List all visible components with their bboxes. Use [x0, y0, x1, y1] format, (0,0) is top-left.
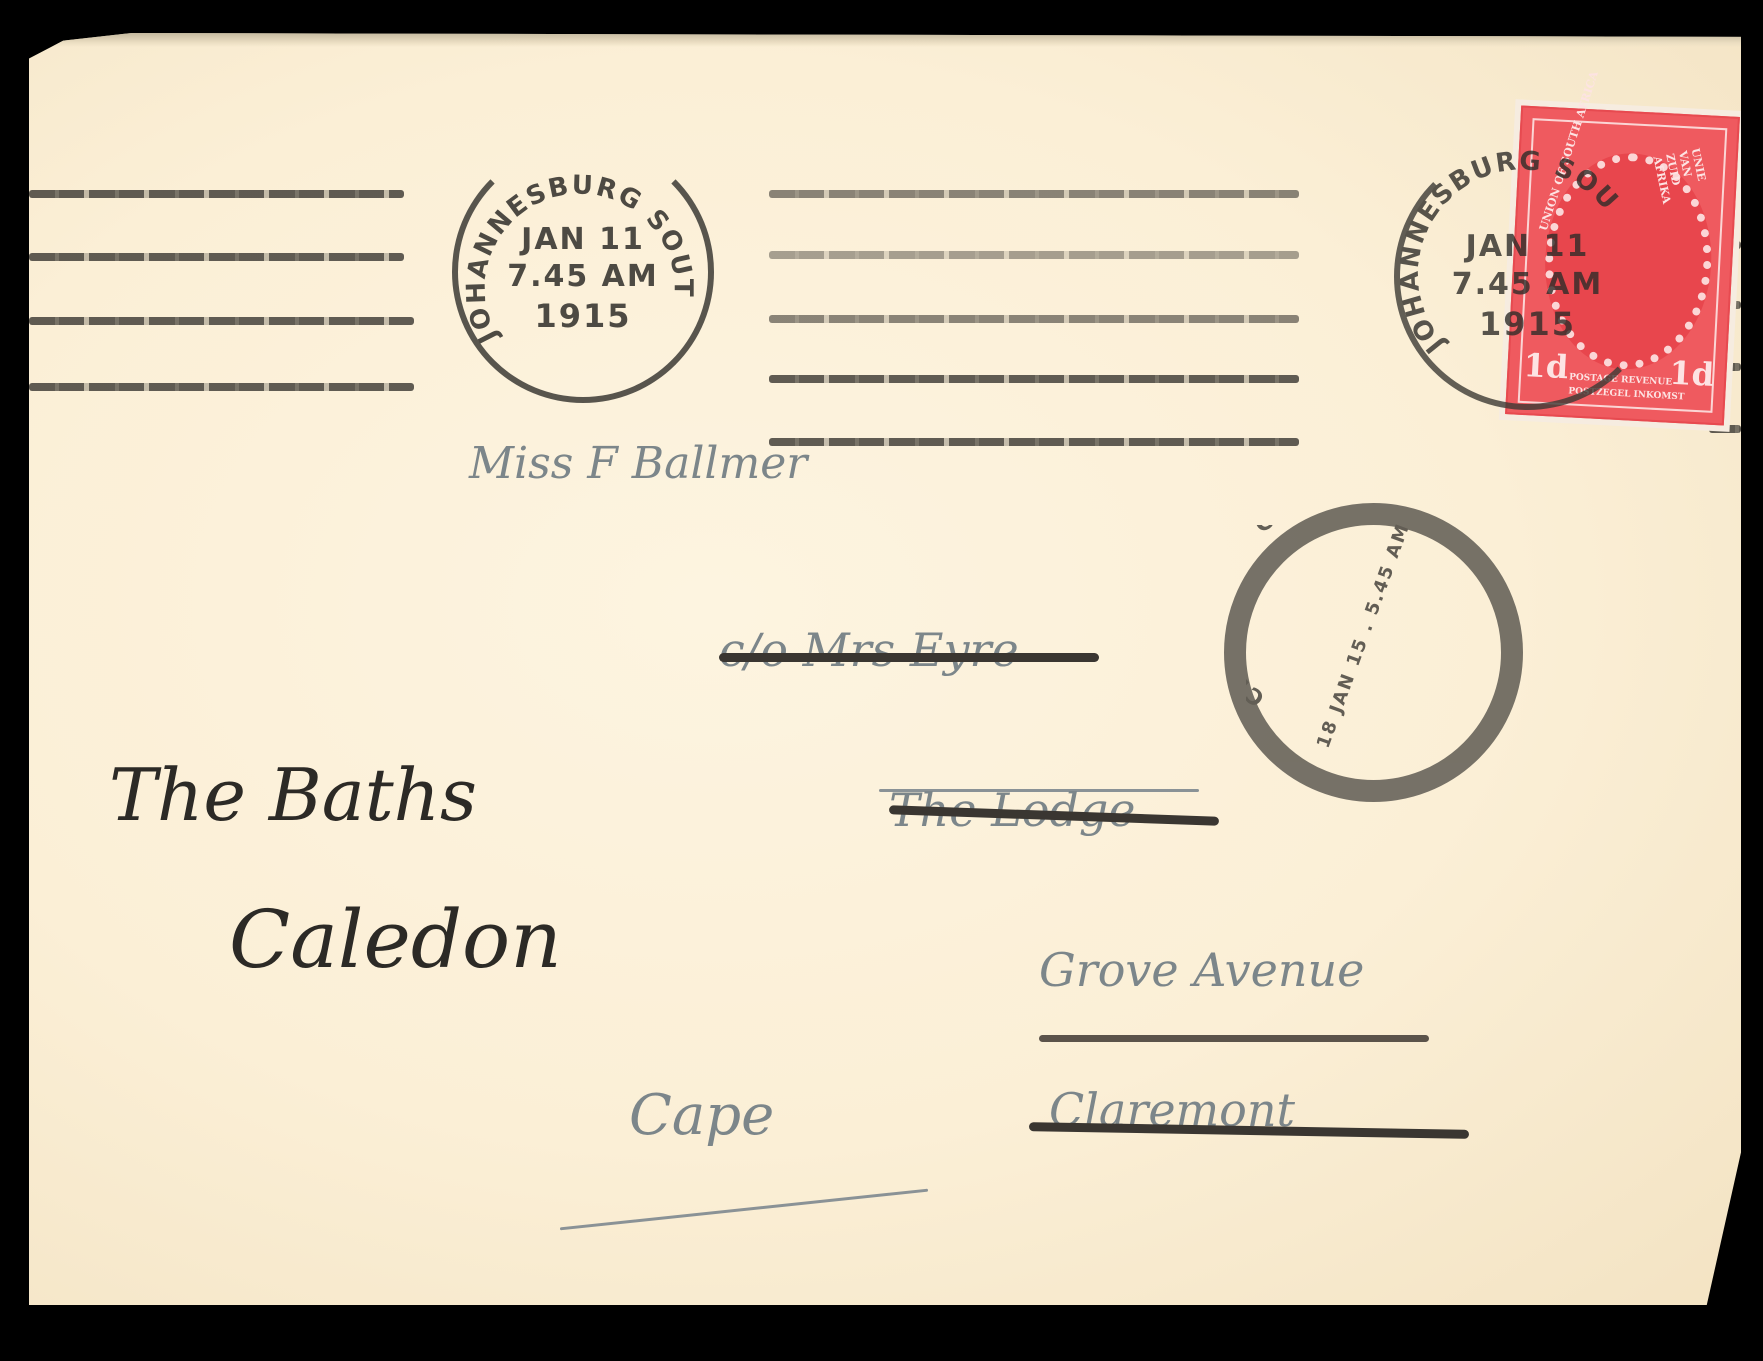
postmark-date: JAN 11	[458, 222, 708, 257]
postmark-year: 1915	[458, 297, 708, 335]
cancel-line	[769, 375, 1299, 383]
postmark-time: 7.45 AM	[458, 259, 708, 294]
postmark-year: 1915	[1400, 305, 1655, 343]
postmark-ring-text: CLAREMONT CAPE	[1246, 525, 1457, 736]
cancel-line	[29, 317, 414, 325]
original-address-line-3: Grove Avenue	[1039, 943, 1364, 997]
cancel-line	[29, 253, 404, 261]
strikethrough	[1039, 1035, 1429, 1042]
cancel-line	[769, 315, 1299, 323]
forwarded-address-line-3: Cape	[629, 1083, 774, 1148]
forwarded-address-line-1: The Baths	[109, 753, 477, 837]
postmark-date: JAN 11	[1400, 229, 1655, 264]
stamp-value-right: 1d	[1668, 354, 1715, 394]
forwarded-address-line-2: Caledon	[229, 893, 562, 986]
cancel-line	[1709, 425, 1741, 433]
original-address-line-1: c/o Mrs Eyre	[719, 623, 1019, 677]
cancel-line	[769, 190, 1299, 198]
envelope: JOHANNESBURG SOUTH AFRICA JAN 11 7.45 AM…	[29, 33, 1741, 1305]
underline	[560, 1189, 928, 1231]
svg-text:CLAREMONT CAPE: CLAREMONT CAPE	[1246, 525, 1335, 711]
postmark-johannesburg-stamp: JOHANNESBURG SOUTH JAN 11 7.45 AM 1915	[1394, 143, 1661, 410]
addressee-name: Miss F Ballmer	[469, 438, 807, 489]
strikethrough	[719, 653, 1099, 662]
postmark-time: 7.45 AM	[1400, 267, 1655, 302]
envelope-top-edge	[29, 33, 1741, 47]
postmark-johannesburg: JOHANNESBURG SOUTH AFRICA JAN 11 7.45 AM…	[452, 141, 714, 403]
cancel-line	[29, 383, 414, 391]
cancel-line	[769, 251, 1299, 259]
cancel-line	[29, 190, 404, 198]
cancel-line	[769, 438, 1299, 446]
postmark-claremont: CLAREMONT CAPE 18 JAN 15 . 5.45 AM	[1224, 503, 1523, 802]
